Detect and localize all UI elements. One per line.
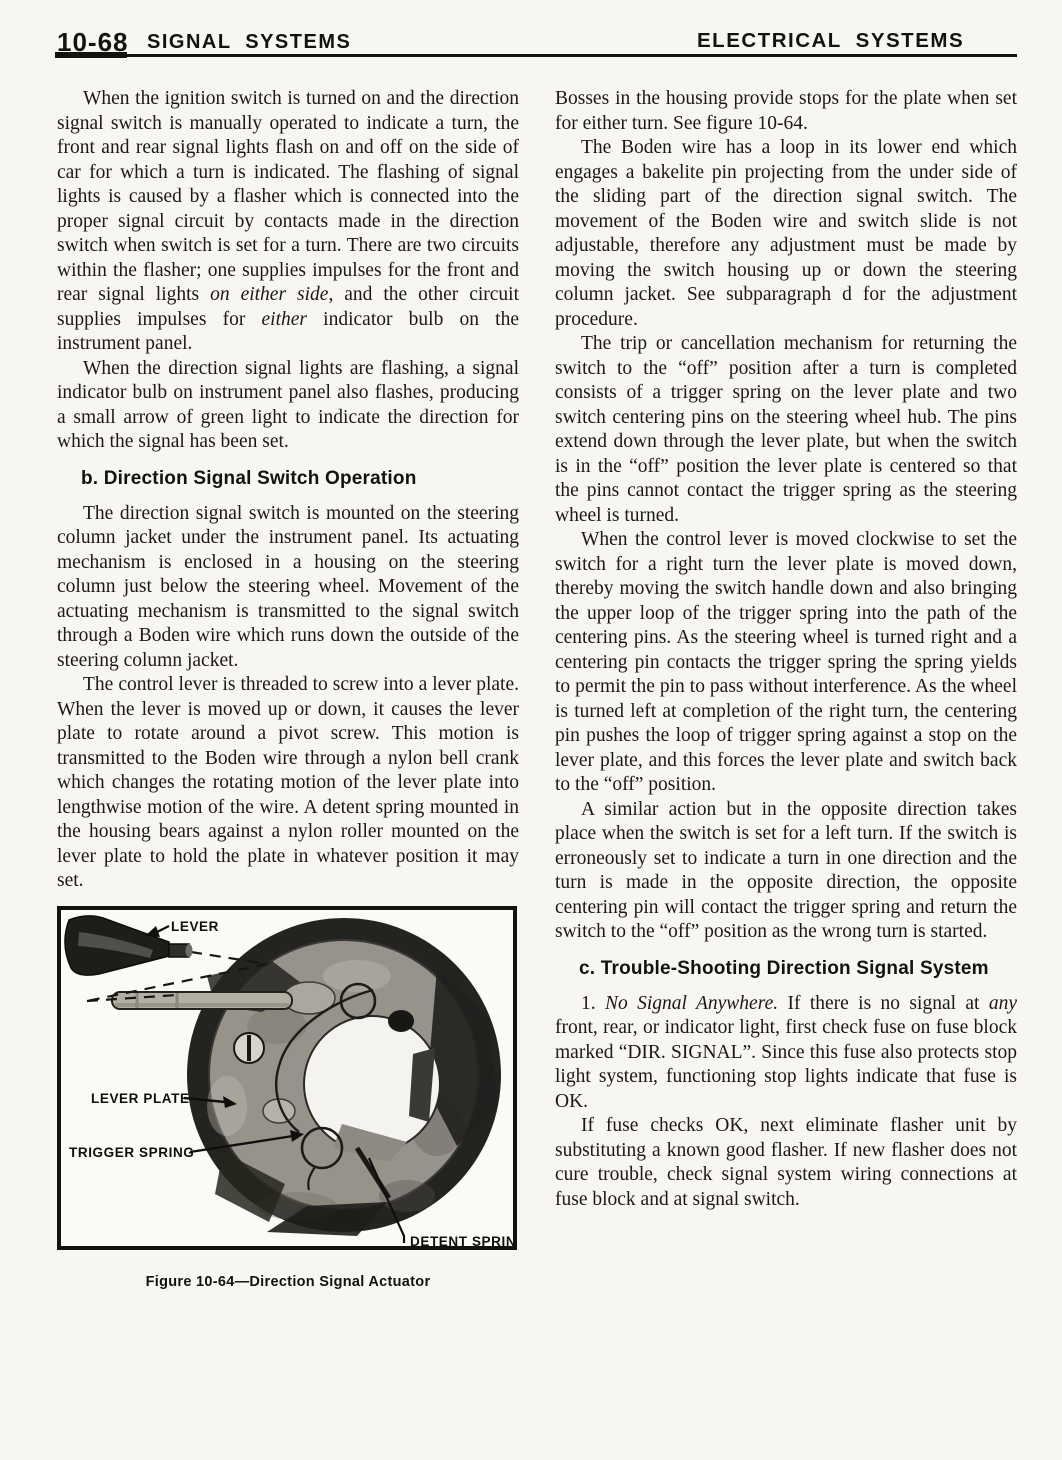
text-run-italic: any <box>989 993 1017 1014</box>
text-run: front, rear, or indicator light, first c… <box>555 1017 1017 1112</box>
text-run: If there is no signal at <box>778 993 989 1014</box>
paragraph-left-turn: A similar action but in the opposite dir… <box>555 798 1017 945</box>
paragraph-bosses: Bosses in the housing provide stops for … <box>555 87 1017 136</box>
label-detent-spring: DETENT SPRING <box>410 1234 517 1249</box>
paragraph-switch-mounting: The direction signal switch is mounted o… <box>57 502 519 674</box>
paragraph-no-signal: 1. No Signal Anywhere. If there is no si… <box>555 992 1017 1115</box>
text-run: When the ignition switch is turned on an… <box>57 88 519 305</box>
left-column: When the ignition switch is turned on an… <box>57 87 519 1295</box>
paragraph-indicator-bulb: When the direction signal lights are fla… <box>57 357 519 455</box>
lever-tip-end <box>186 944 193 957</box>
chapter-title: ELECTRICAL SYSTEMS <box>697 31 964 52</box>
pin-hole <box>388 1010 414 1032</box>
paragraph-control-lever: The control lever is threaded to screw i… <box>57 673 519 894</box>
label-trigger-spring: TRIGGER SPRING <box>69 1145 194 1160</box>
text-run-italic: No Signal Anywhere. <box>605 993 778 1014</box>
figure-caption: Figure 10-64—Direction Signal Actuator <box>57 1270 519 1295</box>
heading-direction-signal-switch-operation: b. Direction Signal Switch Operation <box>57 468 519 490</box>
manual-page: 10-68 SIGNAL SYSTEMS ELECTRICAL SYSTEMS … <box>0 0 1062 1460</box>
direction-signal-actuator-photo: LEVER LEVER PLATE TRIGGER SPRING DETENT … <box>57 906 517 1250</box>
figure-10-64: LEVER LEVER PLATE TRIGGER SPRING DETENT … <box>57 906 519 1295</box>
text-run-italic: either <box>262 309 307 330</box>
text-run: 1. <box>581 993 605 1014</box>
shaft-shading <box>115 1003 289 1007</box>
paragraph-fuse-ok: If fuse checks OK, next eliminate flashe… <box>555 1114 1017 1212</box>
heading-trouble-shooting: c. Trouble-Shooting Direction Signal Sys… <box>555 958 1017 980</box>
paragraph-trip-mechanism: The trip or cancellation mechanism for r… <box>555 332 1017 528</box>
right-column: Bosses in the housing provide stops for … <box>555 87 1017 1212</box>
paragraph-right-turn: When the control lever is moved clockwis… <box>555 528 1017 798</box>
text-run-italic: on either side <box>210 284 328 305</box>
label-lever: LEVER <box>171 919 219 934</box>
paragraph-boden-wire: The Boden wire has a loop in its lower e… <box>555 136 1017 332</box>
page-number-underline <box>55 52 127 58</box>
label-lever-plate: LEVER PLATE <box>91 1091 190 1106</box>
section-title: SIGNAL SYSTEMS <box>147 32 351 52</box>
header-rule <box>55 54 1017 57</box>
paragraph-ignition-flasher: When the ignition switch is turned on an… <box>57 87 519 357</box>
